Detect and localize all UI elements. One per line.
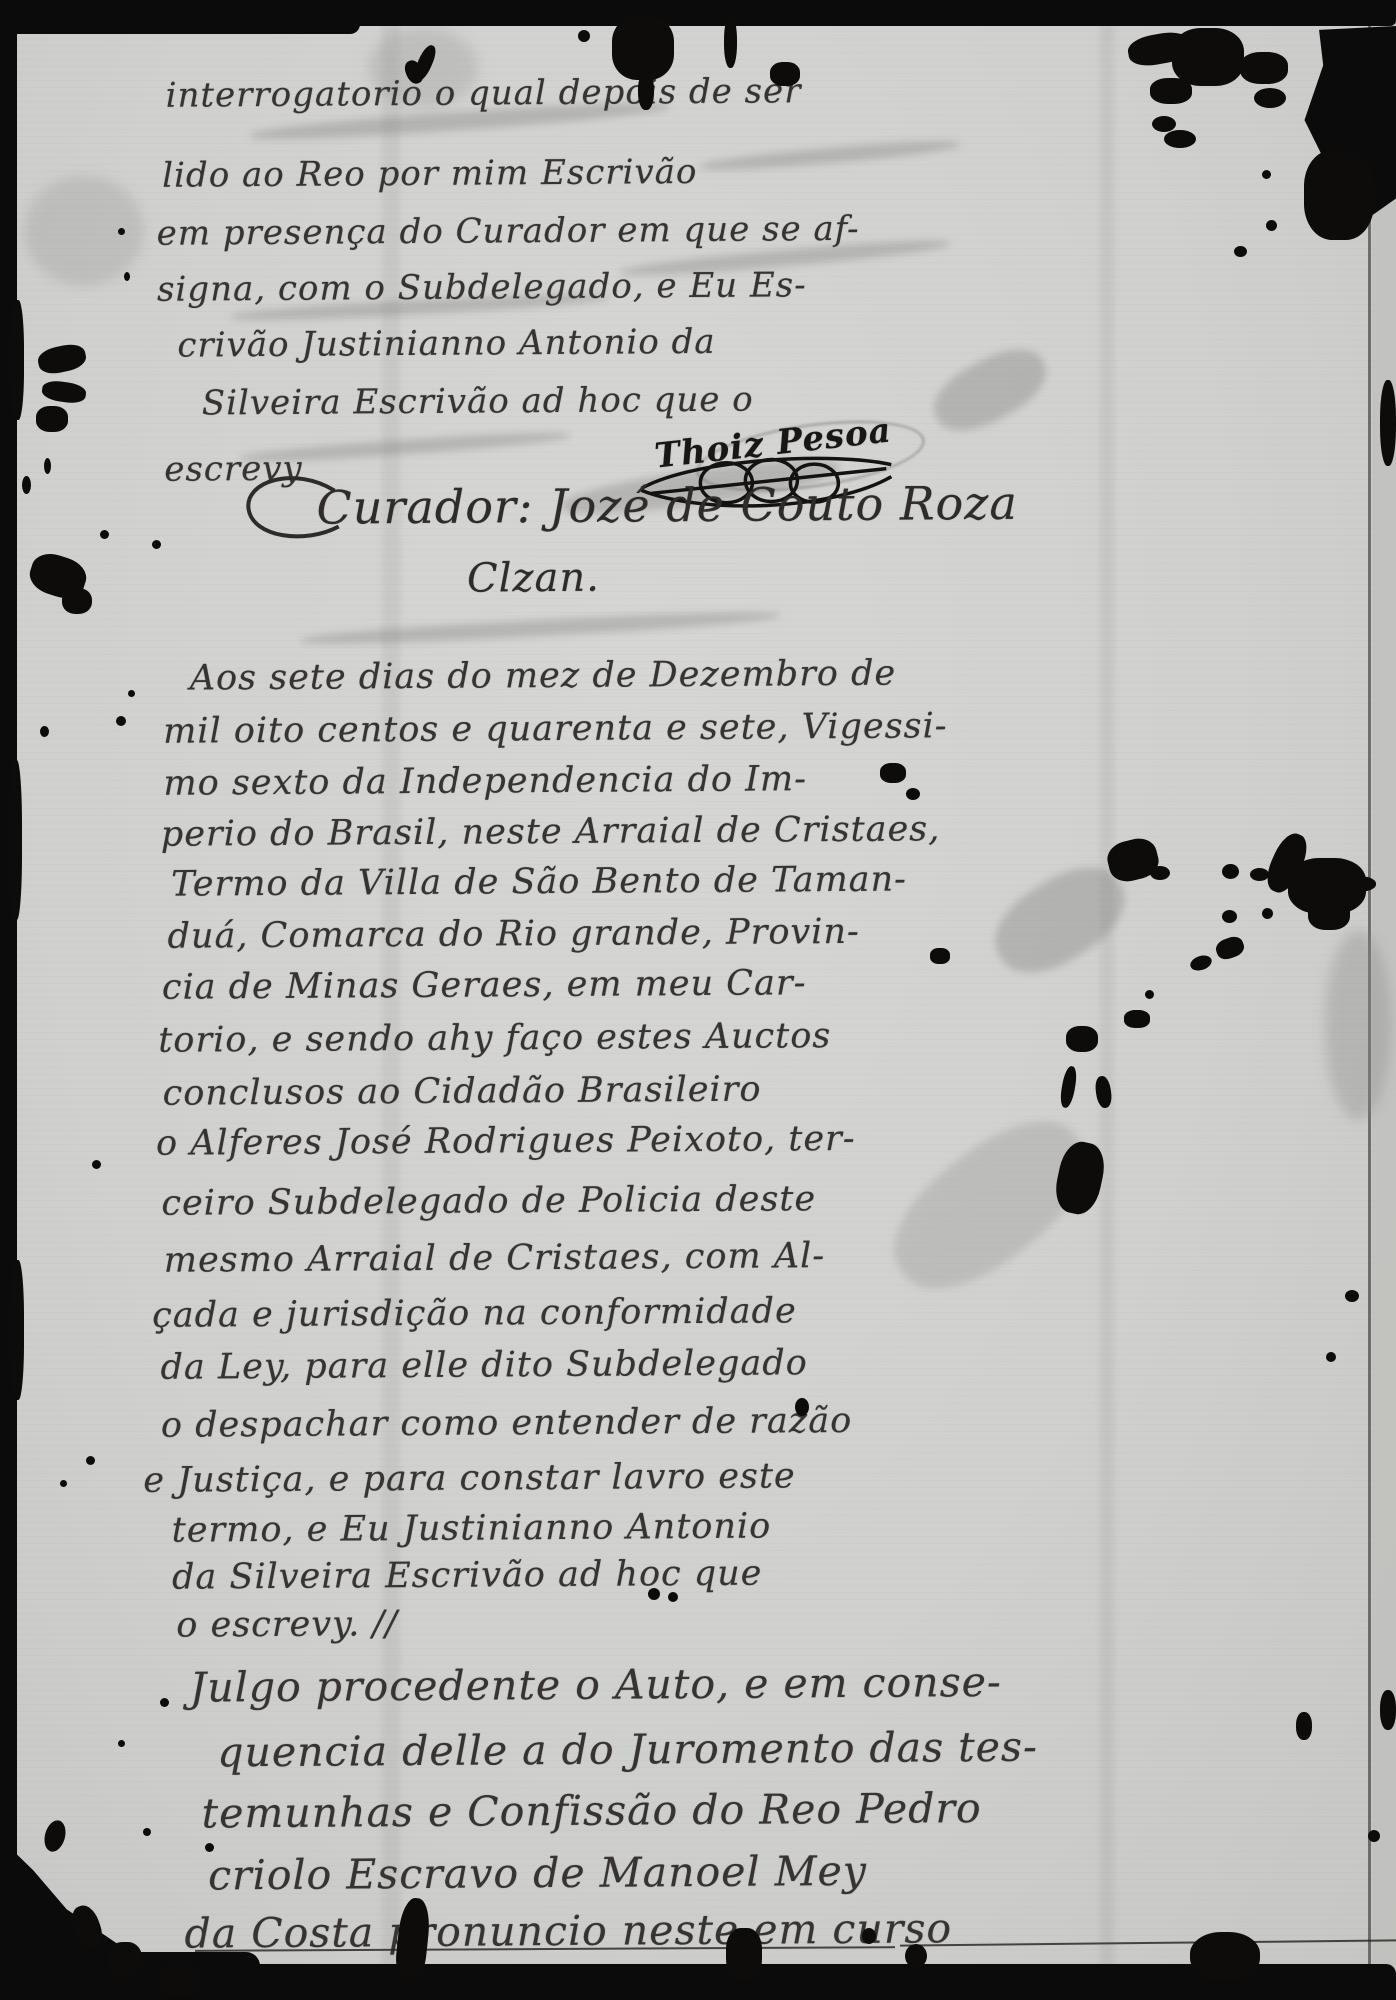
ink-blot (100, 530, 109, 539)
curator-heading: Curador: Jozé de Couto Roza (316, 476, 1018, 535)
ink-blot (86, 1456, 95, 1465)
ink-blot (152, 540, 161, 549)
scan-edge-left (10, 300, 24, 420)
ink-blot (1164, 130, 1196, 148)
document-scan: interrogatorio o qual depois de ser lido… (0, 0, 1396, 2000)
ink-blot (143, 1828, 151, 1836)
ink-blot (128, 690, 135, 697)
manuscript-line: cia de Minas Geraes, em meu Car- (162, 963, 807, 1007)
manuscript-line: da Ley, para elle dito Subdelegado (160, 1343, 807, 1388)
manuscript-line: mesmo Arraial de Cristaes, com Al- (164, 1236, 826, 1281)
manuscript-line: duá, Comarca do Rio grande, Provin- (167, 912, 860, 957)
ink-blot (205, 1843, 214, 1852)
ink-blot (22, 476, 31, 494)
manuscript-line: çada e jurisdição na conformidade (152, 1291, 797, 1335)
curator-subheading: Clzan. (467, 555, 600, 602)
ink-blot (1336, 876, 1376, 892)
manuscript-line: Termo da Villa de São Bento de Taman- (171, 860, 907, 905)
manuscript-line: interrogatorio o qual depois de ser (166, 71, 802, 115)
ink-blot (578, 30, 590, 42)
ink-blot (1345, 1290, 1359, 1302)
ink-blot (1240, 52, 1288, 84)
ink-blot (795, 1398, 809, 1416)
ink-blot (1326, 1352, 1336, 1362)
manuscript-line: Aos sete dias do mez de Dezembro de (190, 654, 897, 699)
scan-edge-left (10, 1260, 24, 1400)
ink-blot (1152, 116, 1176, 132)
ink-blot (1380, 380, 1396, 466)
manuscript-line: mil oito centos e quarenta e sete, Viges… (163, 706, 948, 751)
ink-blot (1124, 1010, 1150, 1028)
ink-blot (62, 588, 92, 614)
manuscript-line: o despachar como entender de razão (161, 1401, 853, 1446)
ink-blot (1222, 864, 1239, 879)
manuscript-line: e Justiça, e para constar lavro este (143, 1456, 796, 1501)
manuscript-line: perio do Brasil, neste Arraial de Crista… (161, 809, 941, 854)
manuscript-line: temunhas e Confissão do Reo Pedro (201, 1784, 981, 1837)
ink-blot (118, 1740, 125, 1747)
ink-blot (1254, 88, 1286, 108)
ink-blot (1368, 1830, 1380, 1842)
ink-blot (40, 726, 49, 737)
ink-blot (124, 272, 130, 281)
ink-blot (612, 16, 674, 80)
ink-blot (108, 1942, 142, 1978)
manuscript-line: mo sexto da Independencia do Im- (163, 759, 807, 803)
manuscript-line: signa, com o Subdelegado, e Eu Es- (157, 265, 807, 310)
ink-blot (1150, 866, 1170, 880)
ink-blot (60, 1480, 67, 1487)
ink-blot (880, 763, 906, 783)
ink-blot (668, 1592, 678, 1602)
ink-blot (1234, 246, 1247, 257)
ink-blot (92, 1160, 101, 1169)
ink-blot (862, 1928, 876, 1944)
ink-blot (1380, 1690, 1396, 1730)
manuscript-text: interrogatorio o qual depois de ser lido… (0, 0, 1396, 2000)
ink-blot (906, 788, 920, 800)
ink-blot (1066, 1026, 1098, 1052)
ink-blot (1266, 220, 1277, 231)
manuscript-line: da Silveira Escrivão ad hoc que (172, 1554, 763, 1598)
manuscript-line: ceiro Subdelegado de Policia deste (161, 1179, 816, 1224)
scan-edge-left (9, 760, 22, 920)
ink-blot (726, 1928, 762, 1980)
manuscript-line: crivão Justinianno Antonio da (177, 322, 716, 366)
ink-blot (1145, 990, 1154, 999)
ink-blot (158, 1960, 200, 1996)
manuscript-line: em presença do Curador em que se af- (156, 209, 859, 254)
manuscript-line: conclusos ao Cidadão Brasileiro (163, 1070, 762, 1114)
manuscript-line: Julgo procedente o Auto, e em conse- (190, 1658, 1002, 1712)
ink-blot (930, 948, 950, 964)
ink-blot (36, 406, 68, 432)
ink-blot (118, 228, 125, 235)
manuscript-line: Silveira Escrivão ad hoc que o (202, 380, 754, 424)
ink-blot (1296, 1712, 1312, 1740)
manuscript-line: o Alferes José Rodrigues Peixoto, ter- (156, 1119, 856, 1164)
ink-blot (1190, 1932, 1260, 1980)
ink-blot (1308, 898, 1350, 930)
ink-blot (1150, 78, 1192, 104)
ink-blot (44, 458, 51, 474)
scan-edge-top (0, 20, 360, 34)
manuscript-line: o escrevy. // (176, 1604, 398, 1646)
ink-blot (638, 72, 654, 110)
ink-blot (1250, 868, 1269, 881)
ink-blot (1304, 150, 1374, 240)
ink-blot (1262, 908, 1273, 919)
manuscript-line: torio, e sendo ahy faço estes Auctos (158, 1016, 831, 1061)
ink-blot (770, 62, 800, 86)
manuscript-line: quencia delle a do Juromento das tes- (217, 1723, 1038, 1777)
manuscript-line: lido ao Reo por mim Escrivão (162, 152, 697, 196)
ink-blot (648, 1588, 660, 1600)
manuscript-line: termo, e Eu Justinianno Antonio (172, 1507, 772, 1551)
ink-blot (905, 1944, 927, 1968)
ink-blot (116, 716, 126, 726)
ink-blot (1172, 28, 1244, 86)
ink-blot (724, 16, 737, 68)
manuscript-line: criolo Escravo de Manoel Mey (208, 1847, 867, 1900)
ink-blot (1222, 910, 1237, 923)
ink-blot (160, 1698, 169, 1707)
ink-blot (1262, 170, 1271, 179)
